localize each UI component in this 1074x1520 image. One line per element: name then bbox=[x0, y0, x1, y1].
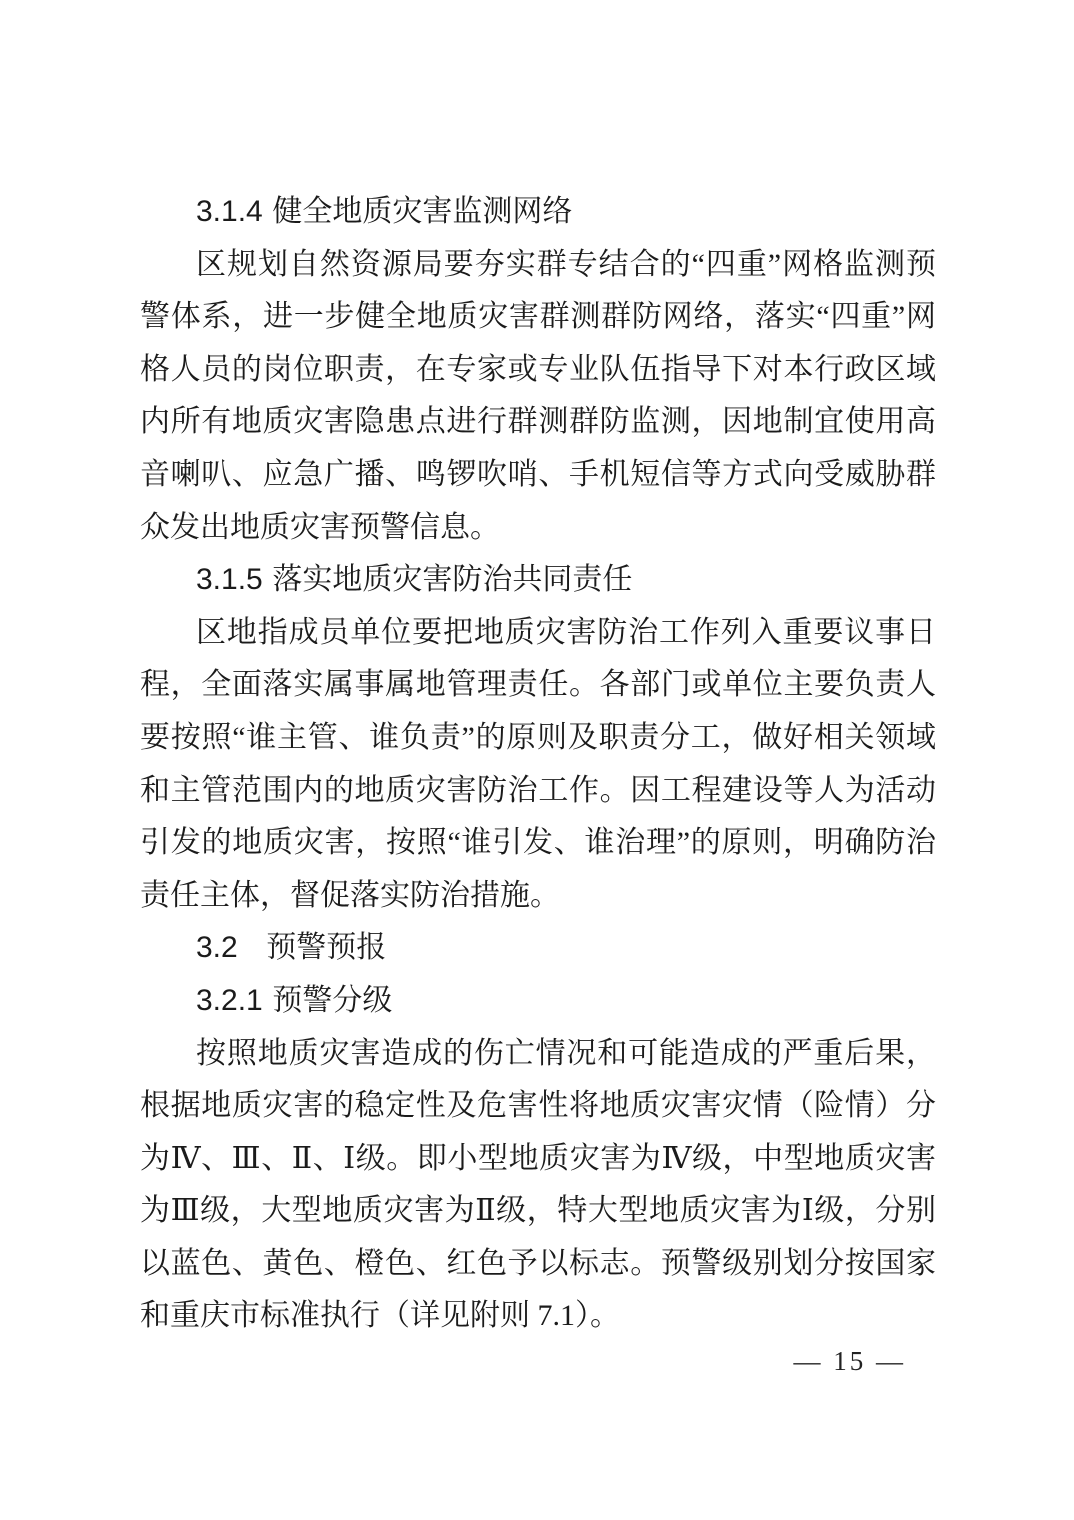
heading-3-2-1-number: 3.2.1 bbox=[196, 984, 263, 1017]
heading-3-2-title: 预警预报 bbox=[266, 931, 386, 964]
heading-3-2-1-title: 预警分级 bbox=[272, 984, 392, 1017]
document-page: 3.1.4健全地质灾害监测网络 区规划自然资源局要夯实群专结合的“四重”网格监测… bbox=[0, 0, 1074, 1520]
paragraph-3-1-5: 区地指成员单位要把地质灾害防治工作列入重要议事日程，全面落实属事属地管理责任。各… bbox=[140, 607, 936, 923]
page-footer: — 15 — bbox=[794, 1346, 907, 1377]
heading-3-1-4-number: 3.1.4 bbox=[196, 195, 263, 228]
heading-3-1-4-title: 健全地质灾害监测网络 bbox=[272, 195, 572, 228]
heading-3-2: 3.2预警预报 bbox=[140, 922, 936, 975]
heading-3-2-number: 3.2 bbox=[196, 931, 238, 964]
heading-3-1-5: 3.1.5落实地质灾害防治共同责任 bbox=[140, 554, 936, 607]
heading-3-1-5-number: 3.1.5 bbox=[196, 563, 263, 596]
paragraph-3-2-1: 按照地质灾害造成的伤亡情况和可能造成的严重后果，根据地质灾害的稳定性及危害性将地… bbox=[140, 1028, 936, 1344]
page-number: — 15 — bbox=[794, 1346, 907, 1376]
heading-3-1-4: 3.1.4健全地质灾害监测网络 bbox=[140, 186, 936, 239]
heading-3-2-1: 3.2.1预警分级 bbox=[140, 975, 936, 1028]
page-content: 3.1.4健全地质灾害监测网络 区规划自然资源局要夯实群专结合的“四重”网格监测… bbox=[140, 186, 936, 1343]
paragraph-3-1-4: 区规划自然资源局要夯实群专结合的“四重”网格监测预警体系，进一步健全地质灾害群测… bbox=[140, 239, 936, 555]
heading-3-1-5-title: 落实地质灾害防治共同责任 bbox=[272, 563, 632, 596]
